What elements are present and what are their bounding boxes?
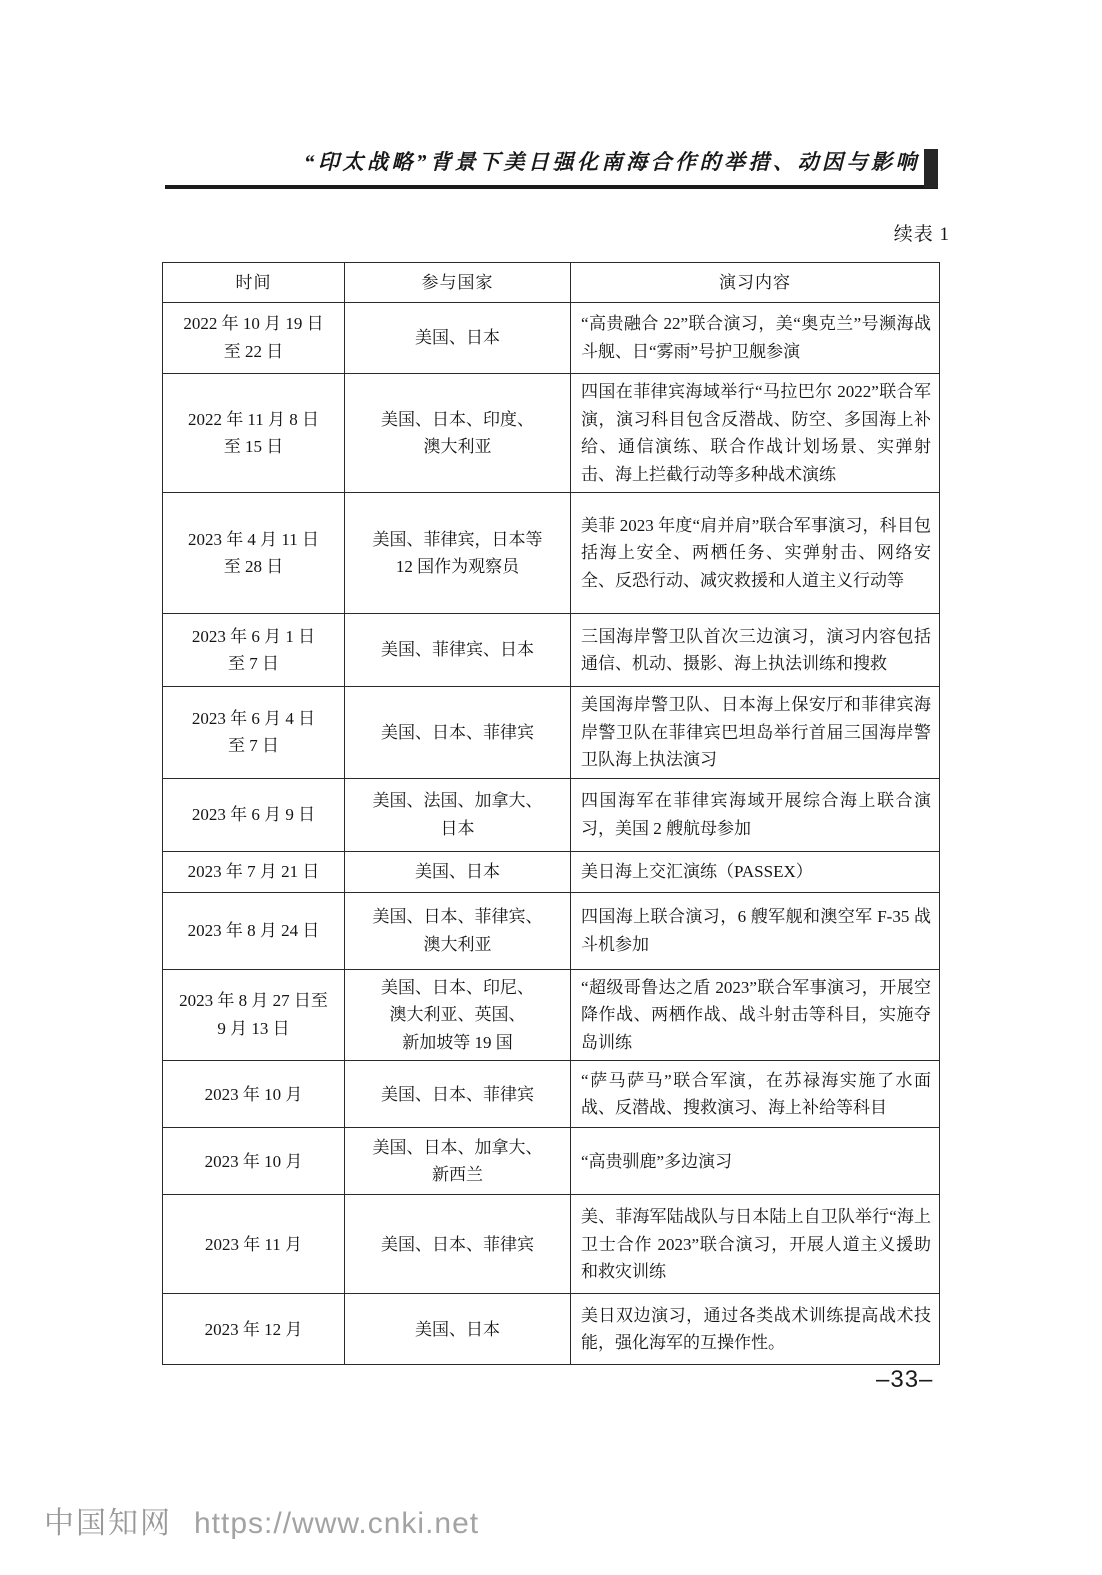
cell-time: 2023 年 8 月 27 日至 9 月 13 日 [163,969,345,1061]
cell-time: 2023 年 4 月 11 日 至 28 日 [163,493,345,614]
page-header-title: “印太战略”背景下美日强化南海合作的举措、动因与影响 [304,146,920,176]
col-header-time: 时间 [163,263,345,303]
table-row: 2023 年 6 月 9 日 美国、法国、加拿大、 日本 四国海军在菲律宾海域开… [163,778,940,851]
cell-content: 美日海上交汇演练（PASSEX） [571,851,940,892]
table-row: 2023 年 6 月 1 日 至 7 日 美国、菲律宾、日本 三国海岸警卫队首次… [163,614,940,687]
cell-content: 四国海上联合演习，6 艘军舰和澳空军 F-35 战斗机参加 [571,892,940,969]
cell-time: 2023 年 12 月 [163,1294,345,1365]
cell-time: 2023 年 8 月 24 日 [163,892,345,969]
cell-countries: 美国、日本、印尼、 澳大利亚、英国、 新加坡等 19 国 [345,969,571,1061]
table-continuation-label: 续表 1 [894,219,950,246]
table-row: 2023 年 7 月 21 日 美国、日本 美日海上交汇演练（PASSEX） [163,851,940,892]
cell-time: 2023 年 10 月 [163,1061,345,1128]
cell-content: “高贵驯鹿”多边演习 [571,1128,940,1195]
table-row: 2022 年 10 月 19 日 至 22 日 美国、日本 “高贵融合 22”联… [163,303,940,374]
cell-time: 2023 年 6 月 1 日 至 7 日 [163,614,345,687]
exercise-table: 时间 参与国家 演习内容 2022 年 10 月 19 日 至 22 日 美国、… [162,262,940,1365]
cell-countries: 美国、日本、菲律宾 [345,687,571,779]
cell-time: 2022 年 11 月 8 日 至 15 日 [163,374,345,493]
cell-content: 四国海军在菲律宾海域开展综合海上联合演习，美国 2 艘航母参加 [571,778,940,851]
table-row: 2023 年 10 月 美国、日本、菲律宾 “萨马萨马”联合军演，在苏禄海实施了… [163,1061,940,1128]
cell-time: 2023 年 7 月 21 日 [163,851,345,892]
table-row: 2023 年 12 月 美国、日本 美日双边演习，通过各类战术训练提高战术技能，… [163,1294,940,1365]
cell-time: 2023 年 11 月 [163,1195,345,1294]
header-corner-mark [924,149,938,188]
cell-countries: 美国、日本、菲律宾 [345,1195,571,1294]
cell-countries: 美国、菲律宾，日本等 12 国作为观察员 [345,493,571,614]
table-row: 2022 年 11 月 8 日 至 15 日 美国、日本、印度、 澳大利亚 四国… [163,374,940,493]
table-row: 2023 年 11 月 美国、日本、菲律宾 美、菲海军陆战队与日本陆上自卫队举行… [163,1195,940,1294]
table-row: 2023 年 4 月 11 日 至 28 日 美国、菲律宾，日本等 12 国作为… [163,493,940,614]
cell-content: 美国海岸警卫队、日本海上保安厅和菲律宾海岸警卫队在菲律宾巴坦岛举行首届三国海岸警… [571,687,940,779]
cell-countries: 美国、日本、菲律宾、 澳大利亚 [345,892,571,969]
table-row: 2023 年 8 月 24 日 美国、日本、菲律宾、 澳大利亚 四国海上联合演习… [163,892,940,969]
cell-content: 四国在菲律宾海域举行“马拉巴尔 2022”联合军演，演习科目包含反潜战、防空、多… [571,374,940,493]
cell-countries: 美国、菲律宾、日本 [345,614,571,687]
cell-content: 美菲 2023 年度“肩并肩”联合军事演习，科目包括海上安全、两栖任务、实弹射击… [571,493,940,614]
cell-content: “高贵融合 22”联合演习，美“奥克兰”号濒海战斗舰、日“雾雨”号护卫舰参演 [571,303,940,374]
col-header-countries: 参与国家 [345,263,571,303]
cnki-watermark: 中国知网 https://www.cnki.net [44,1498,479,1542]
cell-time: 2023 年 6 月 4 日 至 7 日 [163,687,345,779]
page-number: –33– [876,1366,933,1394]
header-rule [165,185,938,189]
cell-countries: 美国、日本、菲律宾 [345,1061,571,1128]
cnki-url: https://www.cnki.net [194,1507,479,1541]
table-row: 2023 年 6 月 4 日 至 7 日 美国、日本、菲律宾 美国海岸警卫队、日… [163,687,940,779]
cell-time: 2023 年 10 月 [163,1128,345,1195]
cell-countries: 美国、日本、印度、 澳大利亚 [345,374,571,493]
table-row: 2023 年 8 月 27 日至 9 月 13 日 美国、日本、印尼、 澳大利亚… [163,969,940,1061]
cell-countries: 美国、日本、加拿大、 新西兰 [345,1128,571,1195]
cell-time: 2023 年 6 月 9 日 [163,778,345,851]
cell-countries: 美国、法国、加拿大、 日本 [345,778,571,851]
cell-countries: 美国、日本 [345,851,571,892]
cell-content: 三国海岸警卫队首次三边演习，演习内容包括通信、机动、摄影、海上执法训练和搜救 [571,614,940,687]
cell-content: “超级哥鲁达之盾 2023”联合军事演习，开展空降作战、两栖作战、战斗射击等科目… [571,969,940,1061]
cell-countries: 美国、日本 [345,1294,571,1365]
col-header-content: 演习内容 [571,263,940,303]
document-page: “印太战略”背景下美日强化南海合作的举措、动因与影响 续表 1 时间 参与国家 … [0,0,1102,1575]
cell-content: 美日双边演习，通过各类战术训练提高战术技能，强化海军的互操作性。 [571,1294,940,1365]
cell-content: 美、菲海军陆战队与日本陆上自卫队举行“海上卫士合作 2023”联合演习，开展人道… [571,1195,940,1294]
cnki-logo-text: 中国知网 [44,1498,172,1542]
table-row: 2023 年 10 月 美国、日本、加拿大、 新西兰 “高贵驯鹿”多边演习 [163,1128,940,1195]
table-header-row: 时间 参与国家 演习内容 [163,263,940,303]
cell-time: 2022 年 10 月 19 日 至 22 日 [163,303,345,374]
cell-content: “萨马萨马”联合军演，在苏禄海实施了水面战、反潜战、搜救演习、海上补给等科目 [571,1061,940,1128]
cell-countries: 美国、日本 [345,303,571,374]
